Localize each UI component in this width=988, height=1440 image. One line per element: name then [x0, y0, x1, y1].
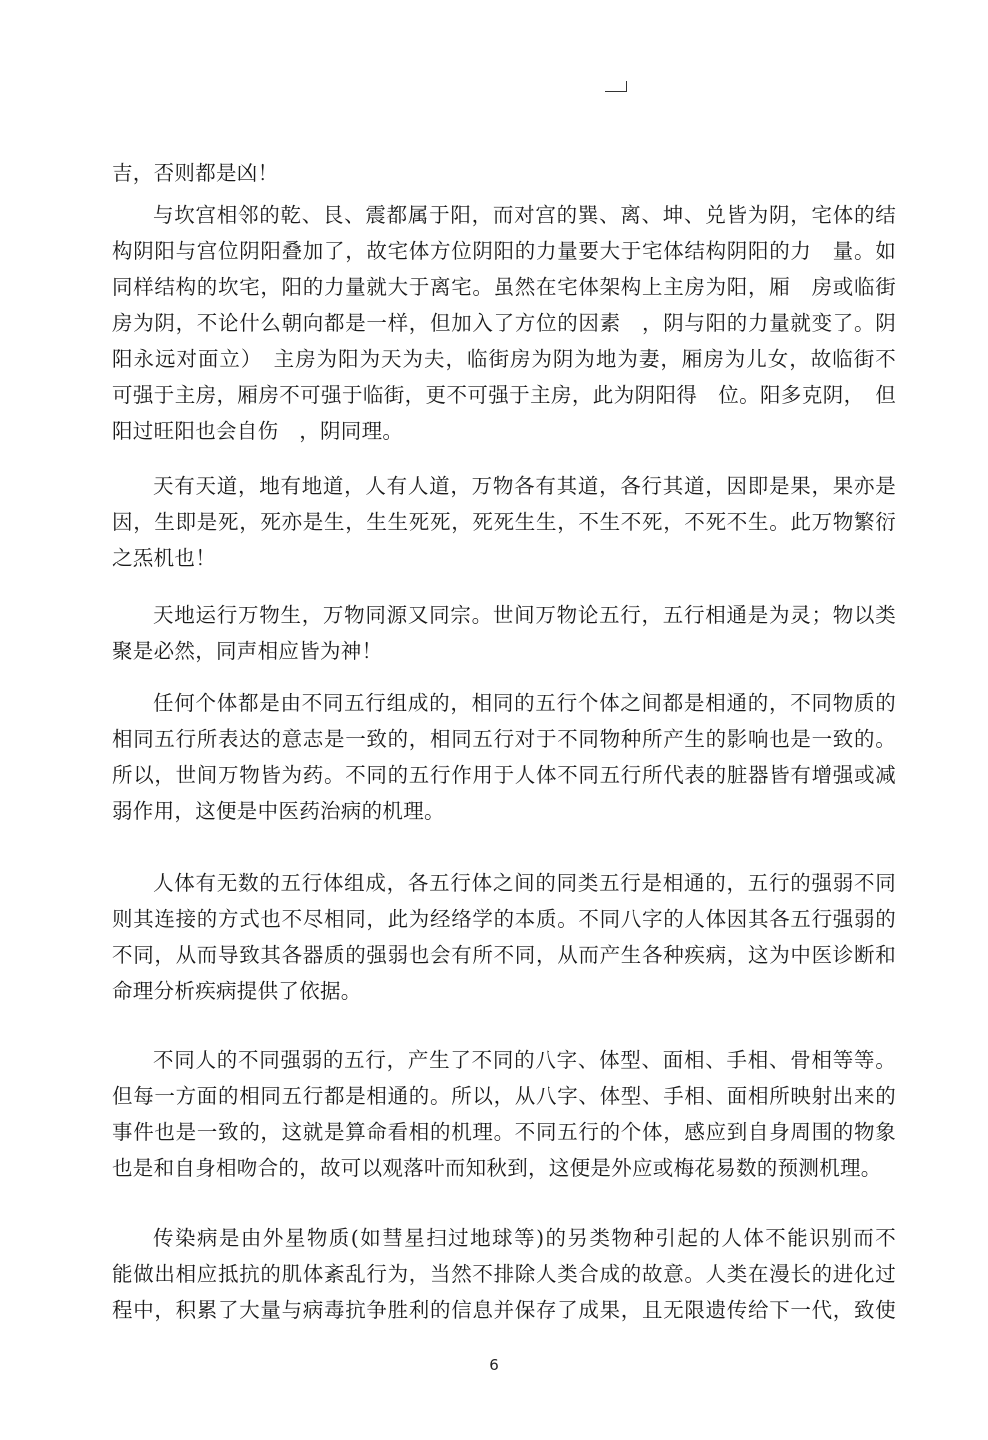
- text-line: 不同，从而导致其各器质的强弱也会有所不同，从而产生各种疾病，这为中医诊断和: [112, 937, 896, 973]
- text-line: 程中，积累了大量与病毒抗争胜利的信息并保存了成果，且无限遗传给下一代，致使: [112, 1292, 896, 1328]
- text-line: 构阴阳与宫位阴阳叠加了，故宅体方位阴阳的力量要大于宅体结构阴阳的力 量。如: [112, 233, 896, 269]
- paragraph: 人体有无数的五行体组成，各五行体之间的同类五行是相通的，五行的强弱不同则其连接的…: [112, 865, 896, 1009]
- header-corner-mark: [605, 80, 627, 92]
- paragraph: 吉，否则都是凶！: [112, 155, 896, 191]
- text-line: 可强于主房，厢房不可强于临街，更不可强于主房，此为阴阳得 位。阳多克阴， 但: [112, 377, 896, 413]
- text-line: 则其连接的方式也不尽相同，此为经络学的本质。不同八字的人体因其各五行强弱的: [112, 901, 896, 937]
- text-line: 弱作用，这便是中医药治病的机理。: [112, 793, 896, 829]
- text-line: 与坎宫相邻的乾、艮、震都属于阳，而对宫的巽、离、坤、兑皆为阴，宅体的结: [112, 197, 896, 233]
- text-line: 房为阴，不论什么朝向都是一样，但加入了方位的因素 ，阴与阳的力量就变了。阴: [112, 305, 896, 341]
- text-line: 阳永远对面立） 主房为阳为天为夫，临街房为阴为地为妻，厢房为儿女，故临街不: [112, 341, 896, 377]
- text-line: 所以，世间万物皆为药。不同的五行作用于人体不同五行所代表的脏器皆有增强或减: [112, 757, 896, 793]
- text-line: 传染病是由外星物质(如彗星扫过地球等)的另类物种引起的人体不能识别而不: [112, 1220, 896, 1256]
- text-line: 之炁机也！: [112, 540, 896, 576]
- text-line: 也是和自身相吻合的，故可以观落叶而知秋到，这便是外应或梅花易数的预测机理。: [112, 1150, 896, 1186]
- text-line: 不同人的不同强弱的五行，产生了不同的八字、体型、面相、手相、骨相等等。: [112, 1042, 896, 1078]
- text-line: 任何个体都是由不同五行组成的，相同的五行个体之间都是相通的，不同物质的: [112, 685, 896, 721]
- text-line: 能做出相应抵抗的肌体紊乱行为，当然不排除人类合成的故意。人类在漫长的进化过: [112, 1256, 896, 1292]
- paragraph: 天有天道，地有地道，人有人道，万物各有其道，各行其道，因即是果，果亦是因，生即是…: [112, 468, 896, 576]
- paragraph: 传染病是由外星物质(如彗星扫过地球等)的另类物种引起的人体不能识别而不能做出相应…: [112, 1220, 896, 1328]
- text-line: 天有天道，地有地道，人有人道，万物各有其道，各行其道，因即是果，果亦是: [112, 468, 896, 504]
- text-line: 阳过旺阳也会自伤 ，阴同理。: [112, 413, 896, 449]
- text-line: 但每一方面的相同五行都是相通的。所以，从八字、体型、手相、面相所映射出来的: [112, 1078, 896, 1114]
- document-page: 吉，否则都是凶！与坎宫相邻的乾、艮、震都属于阳，而对宫的巽、离、坤、兑皆为阴，宅…: [0, 0, 988, 1440]
- header-mark-horizontal: [605, 91, 627, 93]
- paragraph: 任何个体都是由不同五行组成的，相同的五行个体之间都是相通的，不同物质的相同五行所…: [112, 685, 896, 829]
- text-line: 事件也是一致的，这就是算命看相的机理。不同五行的个体，感应到自身周围的物象: [112, 1114, 896, 1150]
- paragraph: 天地运行万物生，万物同源又同宗。世间万物论五行，五行相通是为灵；物以类聚是必然，…: [112, 597, 896, 669]
- text-line: 天地运行万物生，万物同源又同宗。世间万物论五行，五行相通是为灵；物以类: [112, 597, 896, 633]
- text-line: 相同五行所表达的意志是一致的，相同五行对于不同物种所产生的影响也是一致的。: [112, 721, 896, 757]
- paragraph: 不同人的不同强弱的五行，产生了不同的八字、体型、面相、手相、骨相等等。但每一方面…: [112, 1042, 896, 1186]
- text-line: 聚是必然，同声相应皆为神！: [112, 633, 896, 669]
- paragraph: 与坎宫相邻的乾、艮、震都属于阳，而对宫的巽、离、坤、兑皆为阴，宅体的结构阴阳与宫…: [112, 197, 896, 449]
- text-line: 吉，否则都是凶！: [112, 155, 896, 191]
- text-line: 命理分析疾病提供了依据。: [112, 973, 896, 1009]
- text-line: 同样结构的坎宅，阳的力量就大于离宅。虽然在宅体架构上主房为阳，厢 房或临街: [112, 269, 896, 305]
- text-line: 人体有无数的五行体组成，各五行体之间的同类五行是相通的，五行的强弱不同: [112, 865, 896, 901]
- page-number: 6: [0, 1356, 988, 1374]
- text-line: 因，生即是死，死亦是生，生生死死，死死生生，不生不死，不死不生。此万物繁衍: [112, 504, 896, 540]
- header-mark-vertical: [626, 81, 628, 92]
